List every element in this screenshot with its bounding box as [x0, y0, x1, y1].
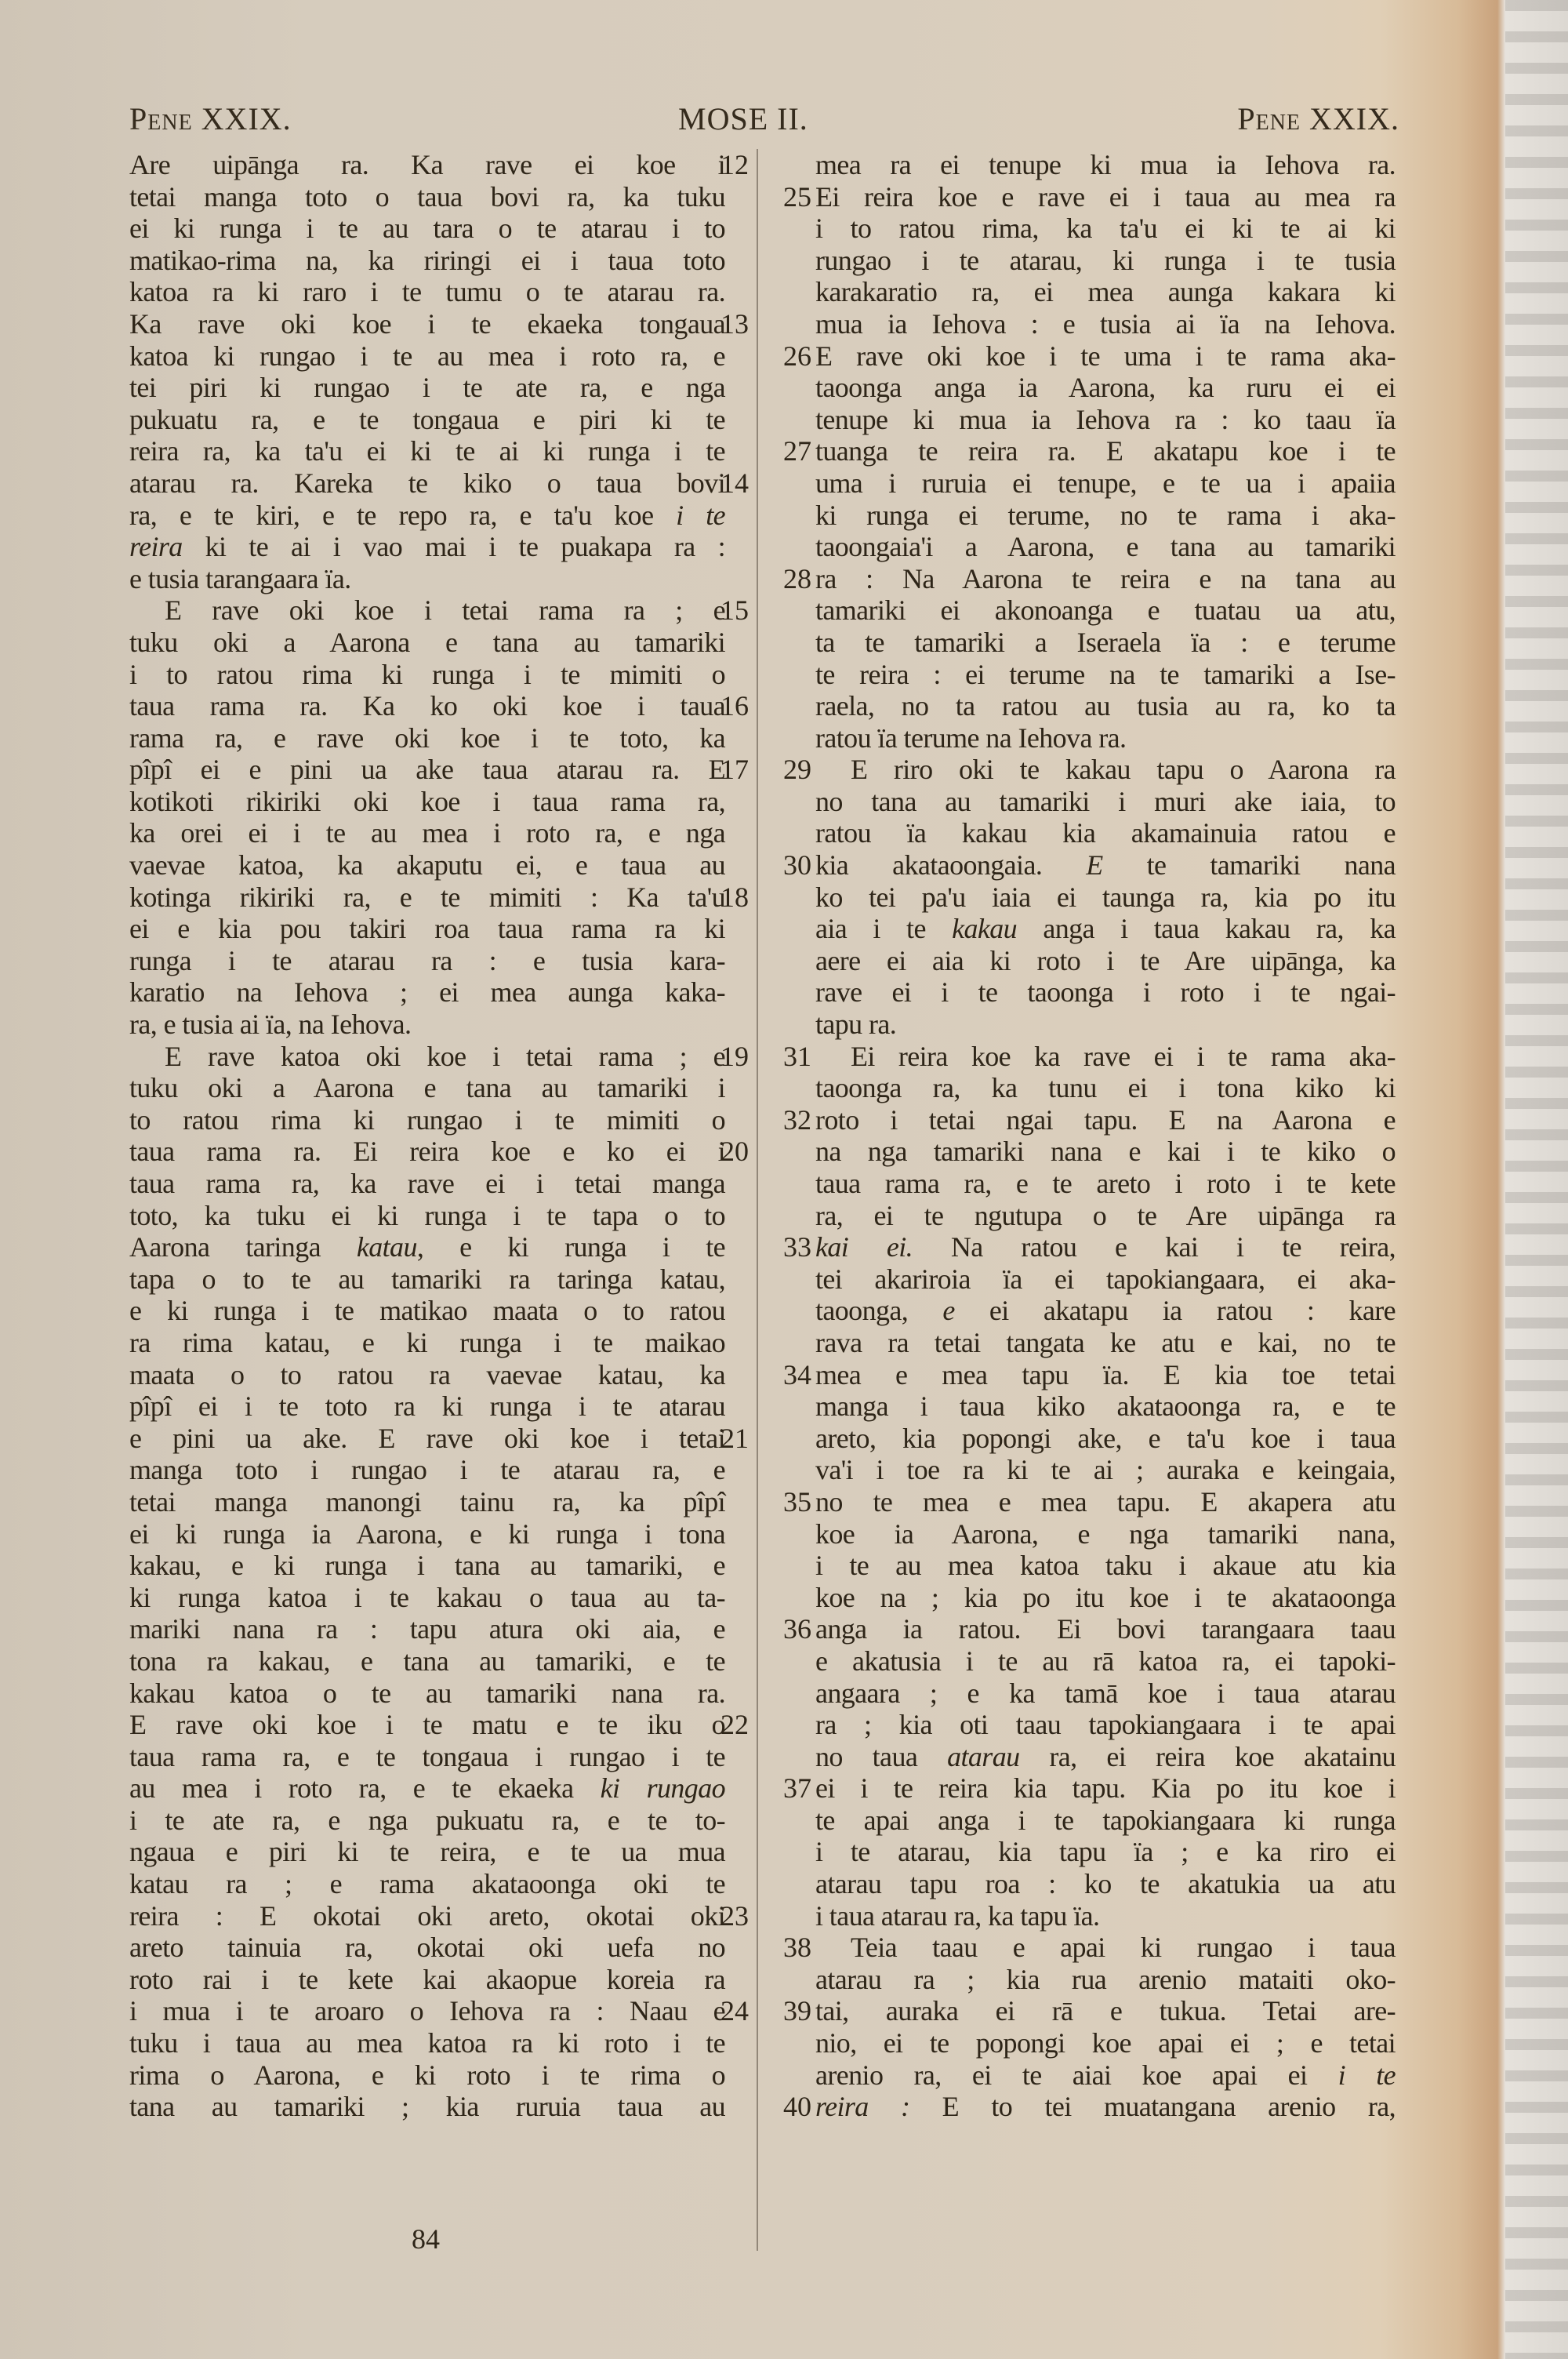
text-line: E riro oki te kakau tapu o Aarona ra29: [772, 754, 1399, 786]
line-text: E rave oki koe i te uma i te rama aka-: [815, 340, 1396, 373]
line-text: reira : E okotai oki areto, okotai oki: [129, 1900, 725, 1932]
text-line: manga toto i rungao i te atarau ra, e: [129, 1454, 749, 1486]
line-text: ratou ïa terume na Iehova ra.: [815, 722, 1396, 754]
text-line: ra ; kia oti taau tapokiangaara i te apa…: [772, 1709, 1399, 1741]
line-text: maata o to ratou ra vaevae katau, ka: [129, 1359, 725, 1391]
line-text: katau ra ; e rama akataoonga oki te: [129, 1868, 725, 1900]
line-text: karatio na Iehova ; ei mea aunga kaka-: [129, 976, 725, 1009]
book-page: Pene XXIX. MOSE II. Pene XXIX. Are uipān…: [0, 0, 1568, 2359]
verse-number: 21: [710, 1423, 749, 1455]
verse-number: 27: [772, 435, 811, 467]
line-text: E rave katoa oki koe i tetai rama ; e: [129, 1041, 725, 1073]
line-text: rava ra tetai tangata ke atu e kai, no t…: [815, 1327, 1396, 1359]
line-text: reira ki te ai i vao mai i te puakapa ra…: [129, 531, 725, 563]
line-text: taoonga anga ia Aarona, ka ruru ei ei: [815, 372, 1396, 404]
line-text: kia akataoongaia. E te tamariki nana: [815, 849, 1396, 881]
verse-number: 26: [772, 340, 811, 373]
text-line: koe na ; kia po itu koe i te akataoonga: [772, 1582, 1399, 1614]
text-line: i taua atarau ra, ka tapu ïa.: [772, 1900, 1399, 1932]
text-line: e akatusia i te au rā katoa ra, ei tapok…: [772, 1645, 1399, 1677]
line-text: karakaratio ra, ei mea aunga kakara ki: [815, 276, 1396, 308]
text-line: no taua atarau ra, ei reira koe akatainu: [772, 1741, 1399, 1773]
line-text: te apai anga i te tapokiangaara ki runga: [815, 1805, 1396, 1837]
text-line: rava ra tetai tangata ke atu e kai, no t…: [772, 1327, 1399, 1359]
text-line: atarau ra. Kareka te kiko o taua bovi14: [129, 467, 749, 500]
text-line: areto, kia popongi ake, e ta'u koe i tau…: [772, 1423, 1399, 1455]
line-text: na nga tamariki nana e kai i te kiko o: [815, 1136, 1396, 1168]
text-line: kotikoti rikiriki oki koe i taua rama ra…: [129, 786, 749, 818]
text-line: tei akariroia ïa ei tapokiangaara, ei ak…: [772, 1263, 1399, 1296]
text-line: taoongaia'i a Aarona, e tana au tamariki: [772, 531, 1399, 563]
chapter-header-left: Pene XXIX.: [129, 100, 292, 137]
text-line: raela, no ta ratou au tusia au ra, ko ta: [772, 690, 1399, 722]
line-text: atarau ra ; kia rua arenio mataiti oko-: [815, 1964, 1396, 1996]
text-line: taua rama ra, ka rave ei i tetai manga: [129, 1168, 749, 1200]
verse-number: 31: [772, 1041, 811, 1073]
line-text: mua ia Iehova : e tusia ai ïa na Iehova.: [815, 308, 1396, 340]
text-line: i te ate ra, e nga pukuatu ra, e te to-: [129, 1805, 749, 1837]
text-line: na nga tamariki nana e kai i te kiko o: [772, 1136, 1399, 1168]
line-text: raela, no ta ratou au tusia au ra, ko ta: [815, 690, 1396, 722]
text-line: i to ratou rima, ka ta'u ei ki te ai ki: [772, 213, 1399, 245]
line-text: rima o Aarona, e ki roto i te rima o: [129, 2059, 725, 2092]
line-text: mea ra ei tenupe ki mua ia Iehova ra.: [815, 149, 1396, 181]
line-text: to ratou rima ki rungao i te mimiti o: [129, 1104, 725, 1136]
line-text: i taua atarau ra, ka tapu ïa.: [815, 1900, 1396, 1932]
verse-number: 19: [710, 1041, 749, 1073]
line-text: tetai manga toto o taua bovi ra, ka tuku: [129, 181, 725, 213]
text-line: e pini ua ake. E rave oki koe i tetai21: [129, 1423, 749, 1455]
line-text: kakau katoa o te au tamariki nana ra.: [129, 1677, 725, 1710]
text-line: ra rima katau, e ki runga i te maikao: [129, 1327, 749, 1359]
line-text: ra, e te kiri, e te repo ra, e ta'u koe …: [129, 500, 725, 532]
text-line: ei e kia pou takiri roa taua rama ra ki: [129, 913, 749, 945]
verse-number: 39: [772, 1995, 811, 2027]
line-text: Ka rave oki koe i te ekaeka tongaua: [129, 308, 725, 340]
text-line: tona ra kakau, e tana au tamariki, e te: [129, 1645, 749, 1677]
line-text: Aarona taringa katau, e ki runga i te: [129, 1231, 725, 1263]
adjacent-page-edge: [1505, 0, 1568, 2359]
line-text: roto i tetai ngai tapu. E na Aarona e: [815, 1104, 1396, 1136]
line-text: i te atarau, kia tapu ïa ; e ka riro ei: [815, 1836, 1396, 1868]
line-text: tai, auraka ei rā e tukua. Tetai are-: [815, 1995, 1396, 2027]
text-line: karakaratio ra, ei mea aunga kakara ki: [772, 276, 1399, 308]
line-text: tona ra kakau, e tana au tamariki, e te: [129, 1645, 725, 1677]
text-line: mea e mea tapu ïa. E kia toe tetai34: [772, 1359, 1399, 1391]
line-text: aia i te kakau anga i taua kakau ra, ka: [815, 913, 1396, 945]
text-line: taoonga anga ia Aarona, ka ruru ei ei: [772, 372, 1399, 404]
text-line: rungao i te atarau, ki runga i te tusia: [772, 245, 1399, 277]
text-line: katoa ra ki raro i te tumu o te atarau r…: [129, 276, 749, 308]
line-text: va'i i toe ra ki te ai ; auraka e keinga…: [815, 1454, 1396, 1486]
line-text: manga i taua kiko akataoonga ra, e te: [815, 1390, 1396, 1423]
line-text: te reira : ei terume na te tamariki a Is…: [815, 659, 1396, 691]
line-text: e ki runga i te matikao maata o to ratou: [129, 1295, 725, 1327]
line-text: tapa o to te au tamariki ra taringa kata…: [129, 1263, 725, 1296]
text-line: vaevae katoa, ka akaputu ei, e taua au: [129, 849, 749, 881]
line-text: e tusia tarangaara ïa.: [129, 563, 725, 595]
text-line: no te mea e mea tapu. E akapera atu35: [772, 1486, 1399, 1518]
line-text: no tana au tamariki i muri ake iaia, to: [815, 786, 1396, 818]
line-text: reira : E to tei muatangana arenio ra,: [815, 2091, 1396, 2123]
line-text: no te mea e mea tapu. E akapera atu: [815, 1486, 1396, 1518]
verse-number: 37: [772, 1772, 811, 1805]
text-line: te apai anga i te tapokiangaara ki runga: [772, 1805, 1399, 1837]
line-text: taoongaia'i a Aarona, e tana au tamariki: [815, 531, 1396, 563]
verse-number: 40: [772, 2091, 811, 2123]
text-line: manga i taua kiko akataoonga ra, e te: [772, 1390, 1399, 1423]
line-text: ra ; kia oti taau tapokiangaara i te apa…: [815, 1709, 1396, 1741]
line-text: tuku i taua au mea katoa ra ki roto i te: [129, 2027, 725, 2059]
text-line: taua rama ra, e te areto i roto i te ket…: [772, 1168, 1399, 1200]
text-line: Aarona taringa katau, e ki runga i te: [129, 1231, 749, 1263]
text-line: tetai manga manongi tainu ra, ka pîpî: [129, 1486, 749, 1518]
text-line: aere ei aia ki roto i te Are uipānga, ka: [772, 945, 1399, 977]
line-text: angaara ; e ka tamā koe i taua atarau: [815, 1677, 1396, 1710]
line-text: kakau, e ki runga i tana au tamariki, e: [129, 1550, 725, 1582]
line-text: atarau tapu roa : ko te akatukia ua atu: [815, 1868, 1396, 1900]
line-text: arenio ra, ei te aiai koe apai ei i te: [815, 2059, 1396, 2092]
verse-number: 13: [710, 308, 749, 340]
text-line: katoa ki rungao i te au mea i roto ra, e: [129, 340, 749, 373]
line-text: anga ia ratou. Ei bovi tarangaara taau: [815, 1613, 1396, 1645]
line-text: ei ki runga i te au tara o te atarau i t…: [129, 213, 725, 245]
verse-number: 33: [772, 1231, 811, 1263]
text-line: tuku i taua au mea katoa ra ki roto i te: [129, 2027, 749, 2059]
text-line: e ki runga i te matikao maata o to ratou: [129, 1295, 749, 1327]
text-line: atarau ra ; kia rua arenio mataiti oko-: [772, 1964, 1399, 1996]
line-text: Ei reira koe e rave ei i taua au mea ra: [815, 181, 1396, 213]
line-text: ra, ei te ngutupa o te Are uipānga ra: [815, 1200, 1396, 1232]
line-text: ta te tamariki a Iseraela ïa : e terume: [815, 627, 1396, 659]
text-line: kai ei. Na ratou e kai i te reira,33: [772, 1231, 1399, 1263]
line-text: taoonga, e ei akatapu ia ratou : kare: [815, 1295, 1396, 1327]
text-line: i mua i te aroaro o Iehova ra : Naau e24: [129, 1995, 749, 2027]
text-line: ngaua e piri ki te reira, e te ua mua: [129, 1836, 749, 1868]
chapter-header-right: Pene XXIX.: [1237, 100, 1399, 137]
line-text: tapu ra.: [815, 1009, 1396, 1041]
text-line: matikao-rima na, ka riringi ei i taua to…: [129, 245, 749, 277]
text-line: i to ratou rima ki runga i te mimiti o: [129, 659, 749, 691]
text-line: tana au tamariki ; kia ruruia taua au: [129, 2091, 749, 2123]
text-line: ki runga ei terume, no te rama i aka-: [772, 500, 1399, 532]
text-line: E rave oki koe i tetai rama ra ; e15: [129, 594, 749, 627]
text-line: roto rai i te kete kai akaopue koreia ra: [129, 1964, 749, 1996]
left-text-column: Are uipānga ra. Ka rave ei koe i12tetai …: [129, 149, 749, 2123]
right-text-column: mea ra ei tenupe ki mua ia Iehova ra.Ei …: [772, 149, 1399, 2123]
line-text: katoa ki rungao i te au mea i roto ra, e: [129, 340, 725, 373]
text-line: ra, e tusia ai ïa, na Iehova.: [129, 1009, 749, 1041]
line-text: vaevae katoa, ka akaputu ei, e taua au: [129, 849, 725, 881]
line-text: tuku oki a Aarona e tana au tamariki: [129, 627, 725, 659]
line-text: uma i ruruia ei tenupe, e te ua i apaiia: [815, 467, 1396, 500]
line-text: tamariki ei akonoanga e tuatau ua atu,: [815, 594, 1396, 627]
text-line: rave ei i te taoonga i roto i te ngai-: [772, 976, 1399, 1009]
text-line: ei ki runga i te au tara o te atarau i t…: [129, 213, 749, 245]
text-line: Ei reira koe ka rave ei i te rama aka-31: [772, 1041, 1399, 1073]
line-text: au mea i roto ra, e te ekaeka ki rungao: [129, 1772, 725, 1805]
line-text: E rave oki koe i te matu e te iku o: [129, 1709, 725, 1741]
line-text: Teia taau e apai ki rungao i taua: [815, 1932, 1396, 1964]
text-line: to ratou rima ki rungao i te mimiti o: [129, 1104, 749, 1136]
text-line: Ka rave oki koe i te ekaeka tongaua13: [129, 308, 749, 340]
text-line: E rave katoa oki koe i tetai rama ; e19: [129, 1041, 749, 1073]
text-line: Teia taau e apai ki rungao i taua38: [772, 1932, 1399, 1964]
text-line: taua rama ra. Ka ko oki koe i taua16: [129, 690, 749, 722]
text-line: ka orei ei i te au mea i roto ra, e nga: [129, 817, 749, 849]
line-text: tei piri ki rungao i te ate ra, e nga: [129, 372, 725, 404]
text-line: rama ra, e rave oki koe i te toto, ka: [129, 722, 749, 754]
verse-number: 29: [772, 754, 811, 786]
verse-number: 30: [772, 849, 811, 881]
line-text: i te au mea katoa taku i akaue atu kia: [815, 1550, 1396, 1582]
line-text: manga toto i rungao i te atarau ra, e: [129, 1454, 725, 1486]
line-text: aere ei aia ki roto i te Are uipānga, ka: [815, 945, 1396, 977]
line-text: tana au tamariki ; kia ruruia taua au: [129, 2091, 725, 2123]
text-line: tapa o to te au tamariki ra taringa kata…: [129, 1263, 749, 1296]
text-line: tamariki ei akonoanga e tuatau ua atu,: [772, 594, 1399, 627]
verse-number: 18: [710, 881, 749, 914]
text-line: ki runga katoa i te kakau o taua au ta-: [129, 1582, 749, 1614]
text-line: taoonga ra, ka tunu ei i tona kiko ki: [772, 1072, 1399, 1104]
text-line: reira : E okotai oki areto, okotai oki23: [129, 1900, 749, 1932]
text-line: kakau, e ki runga i tana au tamariki, e: [129, 1550, 749, 1582]
line-text: taua rama ra, e te tongaua i rungao i te: [129, 1741, 725, 1773]
line-text: ei ki runga ia Aarona, e ki runga i tona: [129, 1518, 725, 1550]
line-text: rama ra, e rave oki koe i te toto, ka: [129, 722, 725, 754]
verse-number: 16: [710, 690, 749, 722]
line-text: ei i te reira kia tapu. Kia po itu koe i: [815, 1772, 1396, 1805]
text-line: rima o Aarona, e ki roto i te rima o: [129, 2059, 749, 2092]
line-text: taua rama ra. Ka ko oki koe i taua: [129, 690, 725, 722]
line-text: Are uipānga ra. Ka rave ei koe i: [129, 149, 725, 181]
text-line: taoonga, e ei akatapu ia ratou : kare: [772, 1295, 1399, 1327]
text-line: reira ra, ka ta'u ei ki te ai ki runga i…: [129, 435, 749, 467]
verse-number: 25: [772, 181, 811, 213]
line-text: pîpî ei i te toto ra ki runga i te atara…: [129, 1390, 725, 1423]
line-text: koe na ; kia po itu koe i te akataoonga: [815, 1582, 1396, 1614]
text-line: angaara ; e ka tamā koe i taua atarau: [772, 1677, 1399, 1710]
line-text: taua rama ra, e te areto i roto i te ket…: [815, 1168, 1396, 1200]
text-line: ra, ei te ngutupa o te Are uipānga ra: [772, 1200, 1399, 1232]
line-text: E riro oki te kakau tapu o Aarona ra: [815, 754, 1396, 786]
text-line: Ei reira koe e rave ei i taua au mea ra2…: [772, 181, 1399, 213]
line-text: runga i te atarau ra : e tusia kara-: [129, 945, 725, 977]
text-line: kia akataoongaia. E te tamariki nana30: [772, 849, 1399, 881]
text-line: ko tei pa'u iaia ei taunga ra, kia po it…: [772, 881, 1399, 914]
line-text: i to ratou rima, ka ta'u ei ki te ai ki: [815, 213, 1396, 245]
text-line: ei ki runga ia Aarona, e ki runga i tona: [129, 1518, 749, 1550]
running-head: Pene XXIX. MOSE II. Pene XXIX.: [129, 100, 1399, 140]
text-line: nio, ei te popongi koe apai ei ; e tetai: [772, 2027, 1399, 2059]
line-text: e pini ua ake. E rave oki koe i tetai: [129, 1423, 725, 1455]
line-text: ra rima katau, e ki runga i te maikao: [129, 1327, 725, 1359]
text-line: koe ia Aarona, e nga tamariki nana,: [772, 1518, 1399, 1550]
verse-number: 22: [710, 1709, 749, 1741]
verse-number: 38: [772, 1932, 811, 1964]
text-line: atarau tapu roa : ko te akatukia ua atu: [772, 1868, 1399, 1900]
verse-number: 34: [772, 1359, 811, 1391]
line-text: mariki nana ra : tapu atura oki aia, e: [129, 1613, 725, 1645]
text-line: au mea i roto ra, e te ekaeka ki rungao: [129, 1772, 749, 1805]
text-line: mua ia Iehova : e tusia ai ïa na Iehova.: [772, 308, 1399, 340]
page-number: 84: [412, 2223, 440, 2255]
text-line: ta te tamariki a Iseraela ïa : e terume: [772, 627, 1399, 659]
text-line: roto i tetai ngai tapu. E na Aarona e32: [772, 1104, 1399, 1136]
text-line: pîpî ei i te toto ra ki runga i te atara…: [129, 1390, 749, 1423]
line-text: pîpî ei e pini ua ake taua atarau ra. E: [129, 754, 725, 786]
text-line: ra : Na Aarona te reira e na tana au28: [772, 563, 1399, 595]
line-text: Ei reira koe ka rave ei i te rama aka-: [815, 1041, 1396, 1073]
text-line: tuku oki a Aarona e tana au tamariki: [129, 627, 749, 659]
text-line: aia i te kakau anga i taua kakau ra, ka: [772, 913, 1399, 945]
text-line: areto tainuia ra, okotai oki uefa no: [129, 1932, 749, 1964]
text-line: mea ra ei tenupe ki mua ia Iehova ra.: [772, 149, 1399, 181]
verse-number: 15: [710, 594, 749, 627]
line-text: nio, ei te popongi koe apai ei ; e tetai: [815, 2027, 1396, 2059]
line-text: E rave oki koe i tetai rama ra ; e: [129, 594, 725, 627]
verse-number: 12: [710, 149, 749, 181]
text-line: taua rama ra. Ei reira koe e ko ei i20: [129, 1136, 749, 1168]
text-line: te reira : ei terume na te tamariki a Is…: [772, 659, 1399, 691]
line-text: taua rama ra, ka rave ei i tetai manga: [129, 1168, 725, 1200]
text-line: tuanga te reira ra. E akatapu koe i te27: [772, 435, 1399, 467]
line-text: i to ratou rima ki runga i te mimiti o: [129, 659, 725, 691]
text-line: tetai manga toto o taua bovi ra, ka tuku: [129, 181, 749, 213]
text-line: arenio ra, ei te aiai koe apai ei i te: [772, 2059, 1399, 2092]
text-line: no tana au tamariki i muri ake iaia, to: [772, 786, 1399, 818]
text-line: E rave oki koe i te uma i te rama aka-26: [772, 340, 1399, 373]
line-text: ka orei ei i te au mea i roto ra, e nga: [129, 817, 725, 849]
verse-number: 28: [772, 563, 811, 595]
text-line: ei i te reira kia tapu. Kia po itu koe i…: [772, 1772, 1399, 1805]
verse-number: 32: [772, 1104, 811, 1136]
line-text: rungao i te atarau, ki runga i te tusia: [815, 245, 1396, 277]
text-line: tai, auraka ei rā e tukua. Tetai are-39: [772, 1995, 1399, 2027]
line-text: kotikoti rikiriki oki koe i taua rama ra…: [129, 786, 725, 818]
text-line: mariki nana ra : tapu atura oki aia, e: [129, 1613, 749, 1645]
text-line: uma i ruruia ei tenupe, e te ua i apaiia: [772, 467, 1399, 500]
verse-number: 17: [710, 754, 749, 786]
line-text: matikao-rima na, ka riringi ei i taua to…: [129, 245, 725, 277]
line-text: pukuatu ra, e te tongaua e piri ki te: [129, 404, 725, 436]
text-line: reira : E to tei muatangana arenio ra,40: [772, 2091, 1399, 2123]
line-text: areto, kia popongi ake, e ta'u koe i tau…: [815, 1423, 1396, 1455]
line-text: kotinga rikiriki ra, e te mimiti : Ka ta…: [129, 881, 725, 914]
text-line: kakau katoa o te au tamariki nana ra.: [129, 1677, 749, 1710]
text-line: tuku oki a Aarona e tana au tamariki i: [129, 1072, 749, 1104]
verse-number: 20: [710, 1136, 749, 1168]
line-text: kai ei. Na ratou e kai i te reira,: [815, 1231, 1396, 1263]
text-line: kotinga rikiriki ra, e te mimiti : Ka ta…: [129, 881, 749, 914]
text-line: pukuatu ra, e te tongaua e piri ki te: [129, 404, 749, 436]
line-text: ki runga ei terume, no te rama i aka-: [815, 500, 1396, 532]
verse-number: 14: [710, 467, 749, 500]
text-line: ratou ïa kakau kia akamainuia ratou e: [772, 817, 1399, 849]
line-text: no taua atarau ra, ei reira koe akatainu: [815, 1741, 1396, 1773]
text-line: karatio na Iehova ; ei mea aunga kaka-: [129, 976, 749, 1009]
column-divider: [757, 149, 758, 2251]
verse-number: 36: [772, 1613, 811, 1645]
verse-number: 35: [772, 1486, 811, 1518]
line-text: taoonga ra, ka tunu ei i tona kiko ki: [815, 1072, 1396, 1104]
line-text: tei akariroia ïa ei tapokiangaara, ei ak…: [815, 1263, 1396, 1296]
line-text: ki runga katoa i te kakau o taua au ta-: [129, 1582, 725, 1614]
line-text: i te ate ra, e nga pukuatu ra, e te to-: [129, 1805, 725, 1837]
line-text: atarau ra. Kareka te kiko o taua bovi: [129, 467, 725, 500]
text-line: anga ia ratou. Ei bovi tarangaara taau36: [772, 1613, 1399, 1645]
line-text: tuku oki a Aarona e tana au tamariki i: [129, 1072, 725, 1104]
line-text: ei e kia pou takiri roa taua rama ra ki: [129, 913, 725, 945]
line-text: taua rama ra. Ei reira koe e ko ei i: [129, 1136, 725, 1168]
line-text: ngaua e piri ki te reira, e te ua mua: [129, 1836, 725, 1868]
line-text: tenupe ki mua ia Iehova ra : ko taau ïa: [815, 404, 1396, 436]
line-text: tuanga te reira ra. E akatapu koe i te: [815, 435, 1396, 467]
text-line: maata o to ratou ra vaevae katau, ka: [129, 1359, 749, 1391]
line-text: ratou ïa kakau kia akamainuia ratou e: [815, 817, 1396, 849]
text-line: tei piri ki rungao i te ate ra, e nga: [129, 372, 749, 404]
text-line: i te atarau, kia tapu ïa ; e ka riro ei: [772, 1836, 1399, 1868]
line-text: areto tainuia ra, okotai oki uefa no: [129, 1932, 725, 1964]
text-line: va'i i toe ra ki te ai ; auraka e keinga…: [772, 1454, 1399, 1486]
verse-number: 23: [710, 1900, 749, 1932]
line-text: katoa ra ki raro i te tumu o te atarau r…: [129, 276, 725, 308]
text-line: tenupe ki mua ia Iehova ra : ko taau ïa: [772, 404, 1399, 436]
line-text: i mua i te aroaro o Iehova ra : Naau e: [129, 1995, 725, 2027]
text-line: pîpî ei e pini ua ake taua atarau ra. E1…: [129, 754, 749, 786]
text-line: ratou ïa terume na Iehova ra.: [772, 722, 1399, 754]
line-text: reira ra, ka ta'u ei ki te ai ki runga i…: [129, 435, 725, 467]
line-text: tetai manga manongi tainu ra, ka pîpî: [129, 1486, 725, 1518]
book-title: MOSE II.: [678, 100, 808, 137]
line-text: ra, e tusia ai ïa, na Iehova.: [129, 1009, 725, 1041]
line-text: toto, ka tuku ei ki runga i te tapa o to: [129, 1200, 725, 1232]
text-line: toto, ka tuku ei ki runga i te tapa o to: [129, 1200, 749, 1232]
line-text: koe ia Aarona, e nga tamariki nana,: [815, 1518, 1396, 1550]
text-line: Are uipānga ra. Ka rave ei koe i12: [129, 149, 749, 181]
line-text: roto rai i te kete kai akaopue koreia ra: [129, 1964, 725, 1996]
text-line: runga i te atarau ra : e tusia kara-: [129, 945, 749, 977]
line-text: mea e mea tapu ïa. E kia toe tetai: [815, 1359, 1396, 1391]
line-text: ra : Na Aarona te reira e na tana au: [815, 563, 1396, 595]
text-line: i te au mea katoa taku i akaue atu kia: [772, 1550, 1399, 1582]
text-line: ra, e te kiri, e te repo ra, e ta'u koe …: [129, 500, 749, 532]
text-line: e tusia tarangaara ïa.: [129, 563, 749, 595]
text-line: E rave oki koe i te matu e te iku o22: [129, 1709, 749, 1741]
verse-number: 24: [710, 1995, 749, 2027]
text-line: katau ra ; e rama akataoonga oki te: [129, 1868, 749, 1900]
line-text: rave ei i te taoonga i roto i te ngai-: [815, 976, 1396, 1009]
text-line: tapu ra.: [772, 1009, 1399, 1041]
line-text: ko tei pa'u iaia ei taunga ra, kia po it…: [815, 881, 1396, 914]
line-text: e akatusia i te au rā katoa ra, ei tapok…: [815, 1645, 1396, 1677]
text-line: reira ki te ai i vao mai i te puakapa ra…: [129, 531, 749, 563]
text-line: taua rama ra, e te tongaua i rungao i te: [129, 1741, 749, 1773]
